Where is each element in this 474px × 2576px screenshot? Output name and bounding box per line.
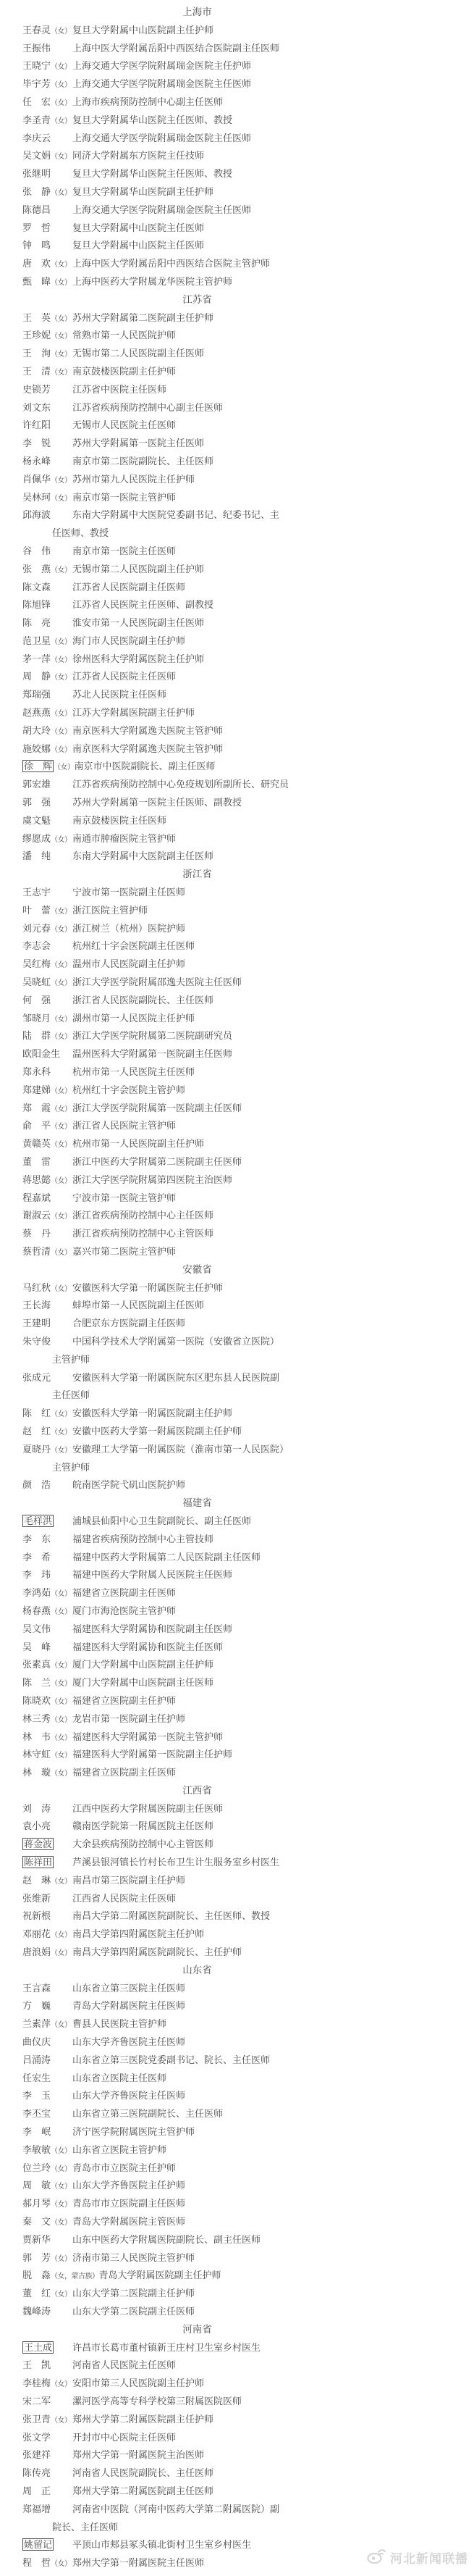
honoree-affiliation-title: 安阳市第三人民医院副主任护师 (72, 2378, 204, 2388)
honoree-row: 郭宏雄江苏省疾病预防控制中心免疫规划所副所长、研究员 (0, 776, 474, 794)
honoree-row: 杨永峰南京市第二医院副院长、主任医师 (0, 453, 474, 471)
honoree-name: 林守虹 (22, 1749, 51, 1760)
honoree-name: 林三秀 (22, 1713, 51, 1724)
honoree-name: 张维新 (22, 1893, 51, 1904)
name-block: 何 强 (22, 992, 72, 1010)
honoree-row: 董 红（女）山东大学第二医院副主任护师 (0, 2285, 474, 2303)
honoree-affiliation-title: 厦门大学附属中山医院副主任护师 (72, 1659, 213, 1670)
gender-ethnicity-note: （女） (51, 908, 72, 916)
honoree-affiliation-title: 常熟市第一人民医院护师 (72, 330, 176, 340)
name-block: 潘 纯 (22, 848, 72, 866)
gender-ethnicity-note: （女） (51, 279, 72, 287)
gender-ethnicity-note: （女） (51, 710, 72, 718)
gender-ethnicity-note: （女） (51, 2417, 72, 2425)
honoree-name: 张 静 (22, 186, 51, 197)
name-block: 范卫星（女） (22, 632, 72, 652)
honoree-name: 王建明 (22, 1318, 51, 1329)
honoree-affiliation-title: 杭州红十字会医院主管护师 (72, 1084, 185, 1095)
honoree-row: 许红阳无锡市人民医院主任医师 (0, 417, 474, 435)
honoree-row: 吴文娟（女）同济大学附属东方医院主任技师 (0, 147, 474, 165)
honoree-affiliation-title: 复旦大学附属中山医院副主任护师 (72, 25, 213, 35)
name-block: 李庆云 (22, 130, 72, 148)
name-block: 虞文魁 (22, 812, 72, 830)
honoree-name: 罗 哲 (22, 222, 51, 233)
honoree-row: 欧阳金生温州医科大学附属第一医院副主任医师 (0, 1045, 474, 1063)
gender-ethnicity-note: （女） (51, 2021, 72, 2029)
honoree-row: 秦 文（女）青岛大学附属医院主管医师 (0, 2213, 474, 2231)
honoree-name: 杨永峰 (22, 456, 51, 467)
name-block: 郑瑞强 (22, 686, 72, 704)
gender-ethnicity-note: （女） (51, 2219, 72, 2227)
honoree-name: 刘元春 (22, 923, 51, 934)
honoree-name: 陈 兰 (22, 1677, 51, 1688)
honoree-affiliation-title: 南京鼓楼医院主任医师 (72, 815, 166, 826)
name-block: 曲仪庆 (22, 2033, 72, 2052)
honoree-affiliation-title: 山东中医药大学附属医院副院长、副主任医师 (72, 2234, 261, 2245)
name-block: 张 静（女） (22, 183, 72, 203)
honoree-affiliation-title: 浦城县仙阳中心卫生院副院长、副主任医师 (72, 1515, 251, 1526)
honoree-affiliation-title: 海门市人民医院副主任护师 (72, 635, 185, 646)
honoree-name: 王志宇 (22, 887, 51, 898)
honoree-name: 王 清 (22, 366, 51, 377)
honoree-affiliation-title: 江苏省疾病预防控制中心免疫规划所副所长、研究员 (72, 779, 289, 790)
honoree-affiliation-title: 山东省立第三医院党委副书记、院长、主任医师 (72, 2054, 270, 2065)
honoree-affiliation-title: 复旦大学附属华山医院副主任护师 (72, 186, 213, 197)
honoree-affiliation-title: 杭州红十字会医院副主任医师 (72, 940, 195, 951)
honoree-affiliation-title: 杭州市第一人民医院副主任护师 (72, 1138, 204, 1149)
name-block: 谷 伟 (22, 543, 72, 561)
document-body: 上海市王春灵（女）复旦大学附属中山医院副主任护师王振伟上海中医大学附属岳阳中西医… (0, 0, 474, 2576)
honoree-affiliation-title: 江苏省人民医院主任医师 (72, 671, 176, 682)
gender-ethnicity-note: （女） (51, 746, 72, 754)
name-block: 茅一萍（女） (22, 651, 72, 670)
gender-ethnicity-note: （女） (51, 2255, 72, 2263)
honoree-name: 李 希 (22, 1552, 51, 1563)
honoree-row: 张卫青（女）郑州大学第二附属医院副主任护师 (0, 2411, 474, 2429)
gender-ethnicity-note: （女） (51, 1033, 72, 1041)
honoree-affiliation-title: 苏州市第九人民医院主任护师 (72, 474, 195, 485)
honoree-affiliation-title: 上海中医大学附属岳阳中西医结合医院主管护师 (72, 258, 270, 269)
name-block: 毛样洪 (22, 1513, 72, 1531)
name-block: 陈德昌 (22, 201, 72, 219)
honoree-name-deceased-boxed: 陈祥田 (22, 1856, 54, 1868)
gender-ethnicity-note: （女） (51, 2147, 72, 2155)
honoree-name: 钟 鸣 (22, 240, 51, 251)
gender-ethnicity-note: （女） (51, 1213, 72, 1221)
name-block: 位兰玲（女） (22, 2159, 72, 2179)
honoree-name: 邓丽花 (22, 1928, 51, 1939)
honoree-affiliation-title: 福建省疾病预防控制中心主管技师 (72, 1534, 213, 1544)
honoree-name: 唐 欢 (22, 258, 51, 269)
gender-ethnicity-note: （女） (51, 2291, 72, 2299)
honoree-affiliation-title: 中国科学技术大学附属第一医院（安徽省立医院） (72, 1336, 279, 1347)
honoree-name: 郑福增 (22, 2504, 51, 2514)
honoree-name: 周 敏 (22, 2180, 51, 2191)
honoree-affiliation-title: 大余县疾病预防控制中心主管医师 (72, 1839, 213, 1849)
honoree-row: 李 玉山东大学齐鲁医院主任医师 (0, 2087, 474, 2105)
gender-ethnicity-note: （女） (51, 1016, 72, 1024)
name-block: 张成元 (22, 1369, 72, 1387)
honoree-affiliation-title: 淮安市第一人民医院副主任医师 (72, 617, 204, 628)
honoree-affiliation-title: 平顶山市郏县冢头镇北街村卫生室乡村医生 (72, 2539, 251, 2550)
name-block: 陈文森 (22, 579, 72, 597)
name-block: 张素真（女） (22, 1656, 72, 1676)
name-block: 林守虹（女） (22, 1746, 72, 1765)
honoree-row: 李 玮福建中医药大学附属人民医院主任医师 (0, 1566, 474, 1584)
gender-ethnicity-note: （女） (51, 99, 72, 107)
honoree-name: 俞 平 (22, 1120, 51, 1131)
honoree-affiliation-title: 南昌大学第四附属医院主任护师 (72, 1928, 204, 1939)
honoree-affiliation-title: 南昌大学第四附属医院副院长、主任护师 (72, 1946, 242, 1957)
honoree-affiliation-title: 赣南医学院第一附属医院主任医师 (72, 1820, 213, 1831)
name-block: 蔡哲清（女） (22, 1243, 72, 1263)
honoree-name: 邱海波 (22, 509, 51, 520)
honoree-row: 颜 浩皖南医学院弋矶山医院护师 (0, 1476, 474, 1494)
name-block: 赵燕燕（女） (22, 704, 72, 724)
honoree-row: 谢淑云（女）浙江省疾病预防控制中心主任医师 (0, 1207, 474, 1225)
honoree-affiliation-title: 东南大学附属中大医院副主任医师 (72, 850, 213, 861)
honoree-name: 陈传亮 (22, 2467, 51, 2478)
gender-ethnicity-note: （女） (51, 979, 72, 987)
weibo-watermark: 河北新闻联播 (366, 2547, 468, 2568)
name-block: 刘 涛 (22, 1800, 72, 1818)
name-block: 徐 辉（女） (22, 758, 75, 777)
name-block: 张建祥 (22, 2446, 72, 2464)
honoree-name: 刘 涛 (22, 1803, 51, 1814)
honoree-row: 赵燕燕（女）江苏大学附属医院副主任护师 (0, 704, 474, 722)
honoree-name: 陆 群 (22, 1030, 51, 1041)
honoree-row: 郭 强苏州大学附属第一医院主任医师、副教授 (0, 794, 474, 812)
name-block: 俞 平（女） (22, 1117, 72, 1137)
gender-ethnicity-note: （女） (51, 63, 72, 71)
honoree-affiliation-title: 安徽中医药大学第一附属医院副主任护师 (72, 1426, 242, 1437)
name-block: 胡大玲（女） (22, 722, 72, 742)
name-block: 陆 群（女） (22, 1027, 72, 1047)
honoree-affiliation-title: 漯河医学高等专科学校第三附属医院医师 (72, 2396, 242, 2406)
province-header: 上海市 (0, 4, 394, 22)
honoree-affiliation-title: 安徽医科大学第一附属医院东区肥东县人民医院副 (72, 1372, 279, 1383)
honoree-affiliation-title: 河南省人民医院主任医师 (72, 2359, 176, 2370)
honoree-row: 王土成许昌市长葛市董村镇新王庄村卫生室乡村医生 (0, 2339, 474, 2357)
gender-ethnicity-note: （女） (51, 674, 72, 682)
honoree-affiliation-title: 南京市第一医院主管护师 (72, 492, 176, 503)
gender-ethnicity-note: （女） (51, 1734, 72, 1742)
honoree-affiliation-title: 复旦大学附属华山医院主任医师、教授 (72, 168, 232, 179)
gender-ethnicity-note: （女） (51, 2380, 72, 2388)
honoree-name: 李 岷 (22, 2126, 51, 2137)
honoree-row: 李桂梅（女）安阳市第三人民医院副主任护师 (0, 2375, 474, 2393)
honoree-affiliation-title-cont: 主管护师 (0, 1459, 474, 1477)
honoree-row: 郑瑞强苏北人民医院主任医师 (0, 686, 474, 704)
honoree-row: 郭 芳（女）济南市第三人民医院主管护师 (0, 2249, 474, 2267)
name-block: 邹晓月（女） (22, 1010, 72, 1029)
honoree-affiliation-title: 江苏省疾病预防控制中心副主任医师 (72, 402, 223, 413)
name-block: 施姣娜（女） (22, 740, 72, 760)
honoree-affiliation-title: 曹县人民医院主管护师 (72, 2018, 166, 2029)
honoree-name: 董 红 (22, 2288, 51, 2299)
honoree-affiliation-title: 东南大学附属中大医院党委副书记、纪委书记、主 (72, 509, 279, 520)
honoree-affiliation-title: 济宁医学院附属医院主管护师 (72, 2126, 195, 2137)
gender-ethnicity-note: （女） (51, 566, 72, 574)
honoree-name: 李庆云 (22, 133, 51, 143)
honoree-name: 虞文魁 (22, 815, 51, 826)
name-block: 周 静（女） (22, 668, 72, 687)
honoree-row: 肖佩华（女）苏州市第九人民医院主任护师 (0, 471, 474, 489)
gender-ethnicity-note: （女） (51, 1716, 72, 1724)
honoree-row: 王 洵（女）无锡市第二人民医院副主任医师 (0, 345, 474, 363)
honoree-affiliation-title: 南京市中医院副院长、副主任医师 (75, 761, 216, 771)
gender-ethnicity-note: （女） (51, 2560, 72, 2568)
name-block: 方 巍 (22, 1997, 72, 2015)
honoree-name: 王长海 (22, 1300, 51, 1310)
honoree-name: 程嘉斌 (22, 1192, 51, 1203)
honoree-name: 刘文东 (22, 402, 51, 413)
name-block: 郭 芳（女） (22, 2249, 72, 2269)
honoree-name: 曲仪庆 (22, 2036, 51, 2047)
honoree-name: 脱 淼 (22, 2270, 51, 2280)
honoree-affiliation-title: 山东省立第三医院主任医师 (72, 1983, 185, 1994)
name-block: 罗 哲 (22, 219, 72, 238)
honoree-name: 陈 亮 (22, 617, 51, 628)
honoree-row: 张文学开封市中心医院主任医师 (0, 2429, 474, 2447)
honoree-row: 周 正郑州大学第二附属医院副主任医师 (0, 2483, 474, 2501)
name-block: 吴文伟 (22, 1621, 72, 1639)
honoree-row: 俞 平（女）浙江省人民医院主管护师 (0, 1117, 474, 1135)
gender-ethnicity-note: （女） (51, 1177, 72, 1185)
honoree-row: 曲仪庆山东大学齐鲁医院主任医师 (0, 2033, 474, 2052)
honoree-row: 赵 琳（女）南昌市第三医院副主任护师 (0, 1872, 474, 1890)
honoree-row: 王 清（女）南京鼓楼医院副主任护师 (0, 363, 474, 381)
honoree-name-deceased-boxed: 毛样洪 (22, 1515, 54, 1527)
honoree-name: 潘 纯 (22, 850, 51, 861)
name-block: 唐浪娟（女） (22, 1944, 72, 1963)
honoree-row: 刘元春（女）浙江树兰（杭州）医院护师 (0, 920, 474, 938)
name-block: 赵 红（女） (22, 1423, 72, 1442)
honoree-row: 位兰玲（女）青岛市市立医院主任护师 (0, 2159, 474, 2178)
honoree-name: 郝月琴 (22, 2198, 51, 2209)
name-block: 李敏敏（女） (22, 2141, 72, 2161)
honoree-name: 李 玉 (22, 2090, 51, 2101)
honoree-row: 虞文魁南京鼓楼医院主任医师 (0, 812, 474, 830)
honoree-row: 王振伟上海中医大学附属岳阳中西医结合医院副主任医师 (0, 40, 474, 58)
honoree-row: 刘文东江苏省疾病预防控制中心副主任医师 (0, 399, 474, 417)
honoree-row: 徐 辉（女）南京市中医院副院长、副主任医师 (0, 758, 474, 776)
honoree-affiliation-title: 山东大学第二医院副主任护师 (72, 2288, 195, 2299)
honoree-affiliation-title: 郑州大学第一附属医院主任医师 (72, 2557, 204, 2568)
name-block: 刘文东 (22, 399, 72, 417)
honoree-name: 秦 文 (22, 2216, 51, 2227)
gender-ethnicity-note: （女） (51, 1429, 72, 1437)
honoree-affiliation-title: 芦溪县银河镇长竹村长布卫生计生服务室乡村医生 (72, 1857, 279, 1868)
honoree-row: 郑福增河南省中医院（河南中医药大学第二附属医院）副 (0, 2501, 474, 2519)
name-block: 郑建娣（女） (22, 1082, 72, 1101)
gender-ethnicity-note: （女） (51, 369, 72, 377)
gender-ethnicity-note: （女） (51, 1087, 72, 1095)
honoree-name: 史锁芳 (22, 384, 51, 395)
name-block: 朱守俊 (22, 1333, 72, 1351)
honoree-affiliation-title: 山东省立医院主管护师 (72, 2144, 166, 2155)
name-block: 甄 暐（女） (22, 273, 72, 293)
honoree-name: 谢淑云 (22, 1210, 51, 1221)
honoree-row: 王言森山东省立第三医院主任医师 (0, 1980, 474, 1998)
name-block: 王 英（女） (22, 309, 72, 329)
gender-ethnicity-note: （女） (51, 81, 72, 89)
name-block: 吕涌涛 (22, 2052, 72, 2070)
honoree-row: 陈 兰（女）厦门大学附属中山医院副主任医师 (0, 1674, 474, 1692)
province-header: 河南省 (0, 2321, 394, 2339)
name-block: 王珍妮（女） (22, 327, 72, 346)
gender-ethnicity-note: （女） (51, 1608, 72, 1616)
name-block: 陈 兰（女） (22, 1674, 72, 1694)
honoree-name: 缪愿成 (22, 833, 51, 844)
honoree-affiliation-title: 山东大学齐鲁医院主任医师 (72, 2036, 185, 2047)
honoree-row: 兰素萍（女）曹县人民医院主管护师 (0, 2015, 474, 2033)
honoree-name: 李敏敏 (22, 2144, 51, 2155)
name-block: 张卫青（女） (22, 2411, 72, 2430)
name-block: 李桂梅（女） (22, 2375, 72, 2394)
name-block: 周 敏（女） (22, 2177, 72, 2196)
honoree-affiliation-title: 苏州大学附属第二医院副主任护师 (72, 312, 213, 323)
honoree-affiliation-title: 浙江省人民医院主管护师 (72, 1120, 176, 1131)
gender-ethnicity-note: （女） (51, 28, 72, 35)
honoree-name: 兰素萍 (22, 2018, 51, 2029)
honoree-row: 陈德昌上海交通大学医学院附属瑞金医院主任医师 (0, 201, 474, 219)
honoree-row: 李鸿茹（女）福建省立医院副主任医师 (0, 1584, 474, 1602)
gender-ethnicity-note: （女） (51, 836, 72, 844)
gender-ethnicity-note: （女） (51, 1931, 72, 1939)
name-block: 蔡 丹 (22, 1225, 72, 1243)
name-block: 陈祥田 (22, 1854, 72, 1872)
honoree-row: 王建明合肥京东方医院副主任医师 (0, 1315, 474, 1333)
honoree-affiliation-title: 上海交通大学医学院附属瑞金医院主任护师 (72, 60, 251, 71)
gender-ethnicity-note: （女） (51, 333, 72, 340)
name-block: 王土成 (22, 2339, 72, 2357)
name-block: 马红秋（女） (22, 1279, 72, 1299)
name-block: 谢淑云（女） (22, 1207, 72, 1226)
honoree-row: 王长海蚌埠市第一人民医院副主任医师 (0, 1297, 474, 1315)
honoree-name: 任宏生 (22, 2073, 51, 2083)
honoree-affiliation-title: 开封市中心医院主任医师 (72, 2432, 176, 2443)
province-header: 江西省 (0, 1782, 394, 1800)
honoree-name: 郭宏雄 (22, 779, 51, 790)
honoree-name: 李 东 (22, 1534, 51, 1544)
name-block: 王晓宁（女） (22, 57, 72, 77)
honoree-row: 张 静（女）复旦大学附属华山医院副主任护师 (0, 183, 474, 201)
honoree-row: 李志会杭州红十字会医院副主任医师 (0, 937, 474, 955)
province-header: 安徽省 (0, 1261, 394, 1279)
name-block: 毕宇芳（女） (22, 75, 72, 95)
honoree-affiliation-title: 浙江大学医学院附属第二医院副研究员 (72, 1030, 232, 1041)
honoree-affiliation-title: 无锡市第二人民医院副主任医师 (72, 348, 204, 359)
honoree-row: 叶 蕾（女）浙江医院主管护师 (0, 902, 474, 920)
honoree-name: 甄 暐 (22, 276, 51, 287)
honoree-affiliation-title: 浙江省疾病预防控制中心主管医师 (72, 1228, 213, 1239)
gender-ethnicity-note: （女） (51, 1141, 72, 1149)
honoree-affiliation-title: 浙江大学医学院附属邵逸夫医院主任医师 (72, 977, 242, 987)
honoree-name: 毕宇芳 (22, 78, 51, 89)
name-block: 李 锐 (22, 435, 72, 453)
honoree-row: 邹晓月（女）湖州市第一人民医院主任护师 (0, 1010, 474, 1028)
honoree-name: 许红阳 (22, 419, 51, 430)
gender-ethnicity-note: （女） (51, 495, 72, 503)
honoree-affiliation-title: 江苏省人民医院副主任医师 (72, 582, 185, 593)
honoree-name: 赵燕燕 (22, 707, 51, 718)
honoree-name: 袁小亮 (22, 1820, 51, 1831)
honoree-name: 吴林珂 (22, 492, 51, 503)
honoree-name: 祝新根 (22, 1910, 51, 1921)
name-block: 杨永峰 (22, 453, 72, 471)
name-block: 郭宏雄 (22, 776, 72, 794)
honoree-row: 吴林珂（女）南京市第一医院主管护师 (0, 489, 474, 507)
name-block: 王 清（女） (22, 363, 72, 382)
honoree-affiliation-title: 福建中医药大学附属第二人民医院副主任医师 (72, 1552, 261, 1563)
honoree-row: 郑建娣（女）杭州红十字会医院主管护师 (0, 1082, 474, 1100)
honoree-row: 郝月琴（女）青岛市市立医院副主任医师 (0, 2195, 474, 2213)
name-block: 王言森 (22, 1980, 72, 1998)
honoree-row: 范卫星（女）海门市人民医院副主任护师 (0, 632, 474, 651)
honoree-row: 陈祥田芦溪县银河镇长竹村长布卫生计生服务室乡村医生 (0, 1854, 474, 1872)
honoree-name: 郑瑞强 (22, 689, 51, 700)
honoree-row: 毛样洪浦城县仙阳中心卫生院副院长、副主任医师 (0, 1513, 474, 1531)
honoree-affiliation-title: 复旦大学附属华山医院主任医师、教授 (72, 114, 232, 125)
honoree-name: 王 凯 (22, 2359, 51, 2370)
honoree-row: 方 巍青岛大学附属医院主任医师 (0, 1997, 474, 2015)
honoree-affiliation-title-cont: 任医师、教授 (0, 524, 474, 543)
gender-ethnicity-note: （女） (51, 2165, 72, 2173)
name-block: 王志宇 (22, 884, 72, 902)
honoree-name: 赵 红 (22, 1426, 51, 1437)
name-block: 肖佩华（女） (22, 471, 72, 490)
name-block: 任宏生 (22, 2070, 72, 2088)
honoree-row: 缪愿成（女）南通市肿瘤医院主管护师 (0, 830, 474, 848)
honoree-affiliation-title: 福建医科大学附属第一医院主管护师 (72, 1731, 223, 1742)
gender-ethnicity-note: （女） (51, 1752, 72, 1760)
honoree-affiliation-title: 复旦大学附属中山医院主任医师 (72, 222, 204, 233)
honoree-row: 谷 伟南京市第一医院主任医师 (0, 543, 474, 561)
honoree-row: 吴 峰福建医科大学附属协和医院主任医师 (0, 1639, 474, 1657)
honoree-affiliation-title: 山东大学第二医院副主任医师 (72, 2306, 195, 2317)
honoree-affiliation-title: 福建医科大学附属协和医院副主任医师 (72, 1623, 232, 1634)
name-block: 蒋金波 (22, 1836, 72, 1854)
honoree-row: 蔡 丹浙江省疾病预防控制中心主管医师 (0, 1225, 474, 1243)
honoree-name: 程 哲 (22, 2557, 51, 2568)
gender-ethnicity-note: （女） (54, 764, 75, 771)
province-header: 福建省 (0, 1494, 394, 1513)
honoree-name: 颜 浩 (22, 1479, 51, 1490)
honoree-name: 陈旭锋 (22, 599, 51, 610)
name-block: 邱海波 (22, 506, 72, 524)
honoree-name: 蔡哲清 (22, 1246, 51, 1257)
name-block: 叶 蕾（女） (22, 902, 72, 921)
honoree-affiliation-title: 宁波市第一医院主管护师 (72, 1192, 176, 1203)
honoree-name: 李 锐 (22, 438, 51, 448)
honoree-row: 何 强浙江省人民医院副院长、主任医师 (0, 992, 474, 1010)
honoree-affiliation-title-cont: 院长、主任医师 (0, 2519, 474, 2537)
honoree-affiliation-title: 郑州大学第一附属医院主治医师 (72, 2449, 204, 2460)
honoree-name: 张建祥 (22, 2449, 51, 2460)
honoree-name: 李桂梅 (22, 2378, 51, 2388)
gender-ethnicity-note: （女） (51, 153, 72, 161)
honoree-affiliation-title: 苏州大学附属第一医院主任医师 (72, 438, 204, 448)
honoree-affiliation-title: 复旦大学附属中山医院主任医师 (72, 240, 204, 251)
honoree-row: 施姣娜（女）南京医科大学附属逸夫医院主管护师 (0, 740, 474, 758)
honoree-row: 魏峰涛山东大学第二医院副主任医师 (0, 2303, 474, 2321)
name-block: 王 凯 (22, 2357, 72, 2375)
honoree-row: 程嘉斌宁波市第一医院主管护师 (0, 1189, 474, 1208)
honoree-name: 张卫青 (22, 2414, 51, 2425)
honoree-name: 蒋思懿 (22, 1174, 51, 1185)
honoree-row: 张 燕（女）无锡市第二人民医院副主任护师 (0, 561, 474, 579)
